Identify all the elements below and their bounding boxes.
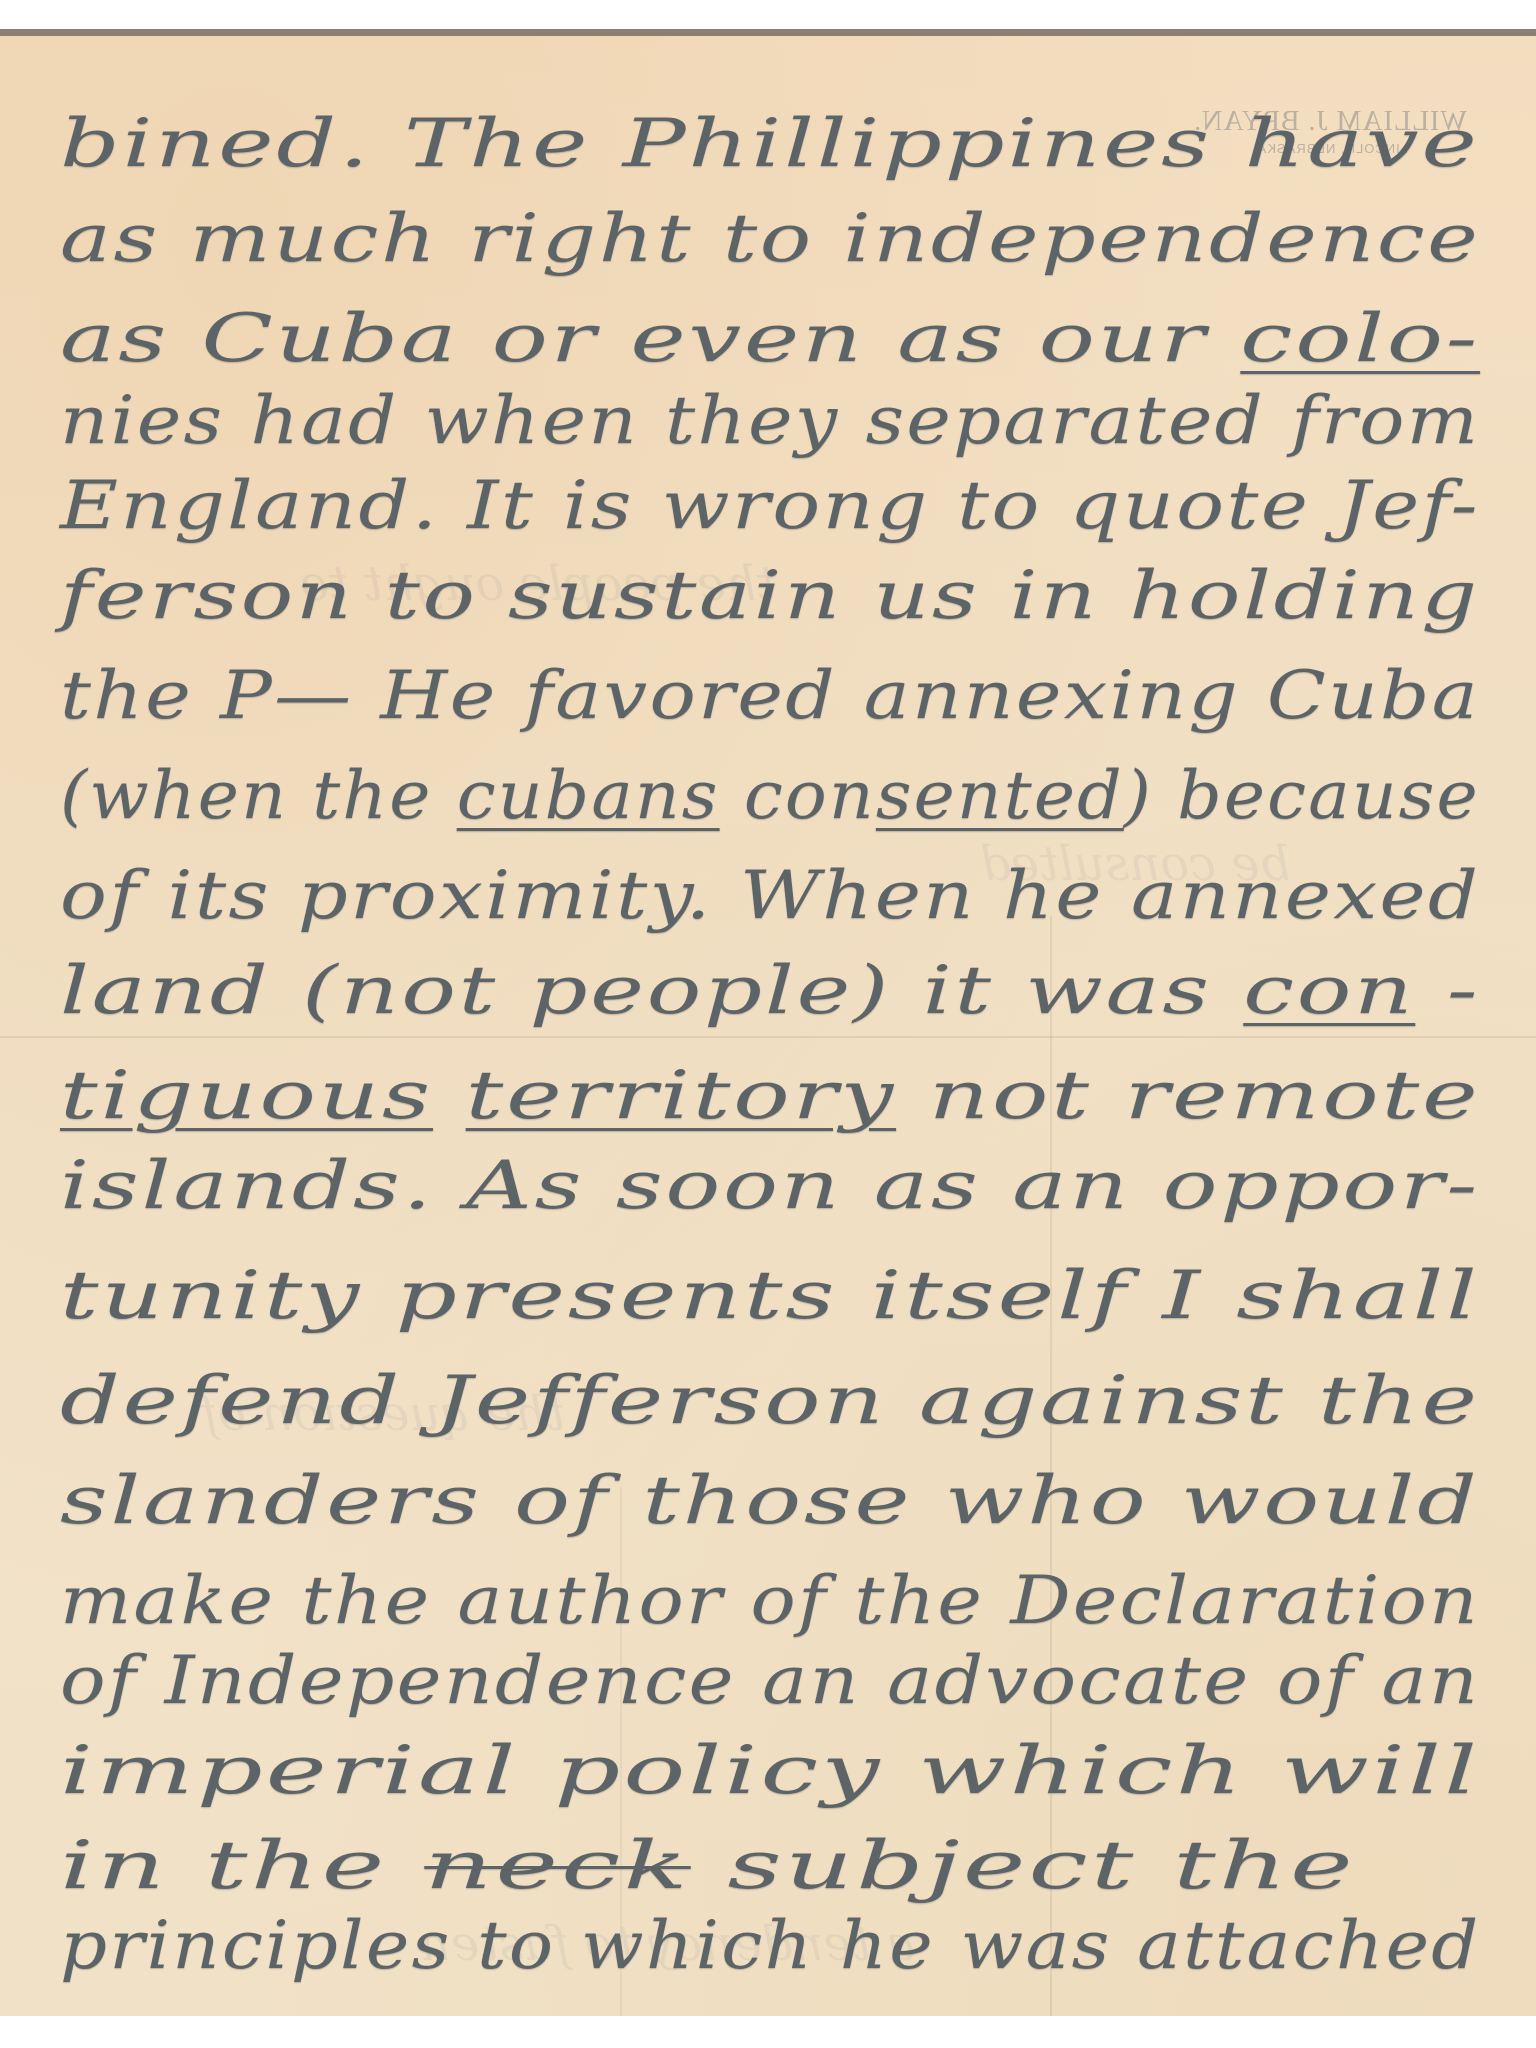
underlined-word: sented [876, 757, 1124, 834]
handwritten-line: in the neck subject the [60, 1833, 1356, 1899]
line-text: imperial policy which will [60, 1732, 1480, 1809]
line-text: as Cuba or even as our [60, 300, 1240, 377]
handwritten-line: ferson to sustain us in holding [60, 563, 1480, 629]
line-text: (when the [60, 757, 457, 834]
line-text: defend Jefferson against the [60, 1362, 1480, 1439]
line-text: - [1415, 952, 1480, 1029]
line-text: ferson to sustain us in holding [60, 557, 1480, 634]
handwritten-line: tunity presents itself I shall [60, 1263, 1480, 1329]
line-text: not remote [896, 1057, 1480, 1134]
underlined-word: cubans [457, 757, 720, 834]
underlined-word: territory [466, 1057, 896, 1134]
line-text: slanders of those who would [60, 1462, 1480, 1539]
handwritten-line: bined. The Phillippines have [60, 111, 1480, 177]
top-border-bar [0, 29, 1536, 36]
handwritten-line: slanders of those who would [60, 1468, 1480, 1534]
handwritten-line: the P— He favored annexing Cuba [60, 663, 1480, 729]
line-text: principles to which he was attached [60, 1907, 1481, 1984]
line-text [433, 1057, 466, 1134]
line-text: make the author of the Declaration [60, 1562, 1480, 1639]
handwritten-line: nies had when they separated from [60, 388, 1480, 454]
line-text: bined. The Phillippines have [60, 105, 1480, 182]
handwritten-line: principles to which he was attached [60, 1913, 1481, 1979]
struck-word: neck [424, 1827, 690, 1904]
underlined-word: tiguous [60, 1057, 433, 1134]
underlined-word: colo- [1240, 300, 1480, 377]
line-text: the P— He favored annexing Cuba [60, 657, 1480, 734]
line-text: England. It is wrong to quote Jef- [60, 467, 1480, 544]
handwritten-line: England. It is wrong to quote Jef- [60, 473, 1480, 539]
line-text: con [720, 757, 876, 834]
handwritten-line: imperial policy which will [60, 1738, 1480, 1804]
line-text: subject the [691, 1827, 1356, 1904]
line-text: islands. As soon as an oppor- [60, 1147, 1480, 1224]
line-text: of Independence an advocate of an [60, 1642, 1480, 1719]
handwritten-line: islands. As soon as an oppor- [60, 1153, 1480, 1219]
line-text: of its proximity. When he annexed [60, 857, 1480, 934]
handwritten-line: make the author of the Declaration [60, 1568, 1480, 1634]
horizontal-fold-line [0, 1036, 1536, 1038]
handwritten-line: as Cuba or even as our colo- [60, 306, 1480, 372]
handwritten-line: as much right to independence [60, 206, 1480, 272]
handwritten-line: of Independence an advocate of an [60, 1648, 1480, 1714]
line-text: land (not people) it was [60, 952, 1243, 1029]
handwritten-line: tiguous territory not remote [60, 1063, 1480, 1129]
handwritten-line: defend Jefferson against the [60, 1368, 1480, 1434]
handwritten-line: of its proximity. When he annexed [60, 863, 1480, 929]
line-text: as much right to independence [60, 200, 1480, 277]
underlined-word: con [1243, 952, 1415, 1029]
line-text: tunity presents itself I shall [60, 1257, 1480, 1334]
line-text: ) because [1124, 757, 1480, 834]
letter-page: WILLIAM J. BRYAN. LINCOLN, NEBRASKA. the… [0, 36, 1536, 2016]
line-text: in the [60, 1827, 424, 1904]
line-text: nies had when they separated from [60, 382, 1480, 459]
handwritten-line: land (not people) it was con - [60, 958, 1480, 1024]
handwritten-line: (when the cubans consented) because [60, 763, 1480, 829]
